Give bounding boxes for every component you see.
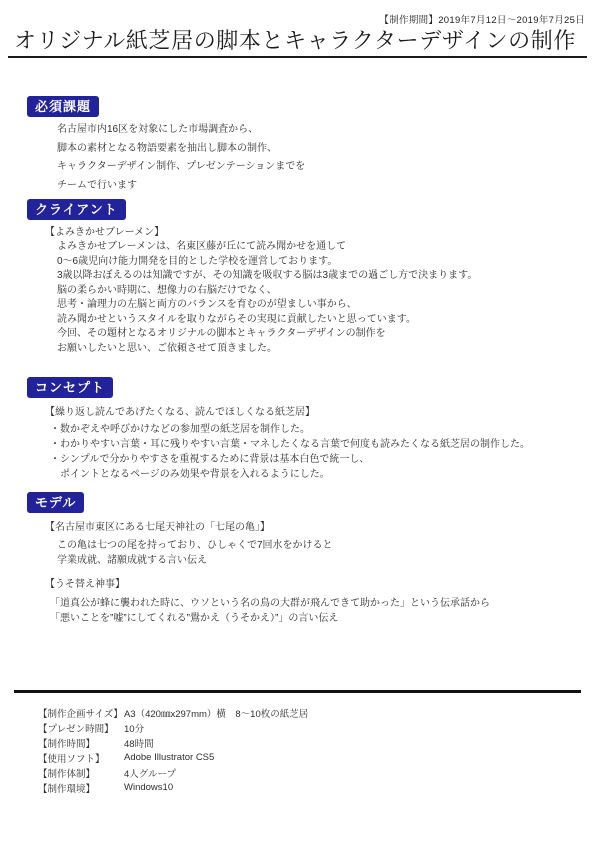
section-concept-body: ・数かぞえや呼びかけなどの参加型の紙芝居を制作した。 ・わかりやすい言葉・耳に残… (50, 422, 530, 482)
section-model-usokae-body: 「道真公が蜂に襲われた時に、ウソという名の鳥の大群が飛んできて助かった」という伝… (50, 596, 490, 626)
spec-label: 【制作体制】 (38, 766, 124, 780)
spec-row: 【制作時間】 48時間 (38, 735, 308, 750)
spec-table: 【制作企画サイズ】 A3（420㎜x297mm）横 8～10枚の紙芝居 【プレゼ… (38, 705, 308, 795)
text-line: 脚本の素材となる物語要素を抽出し脚本の制作、 (57, 140, 305, 159)
spec-row: 【使用ソフト】 Adobe Illustrator CS5 (38, 750, 308, 765)
text-line: 0～6歳児向け能力開発を目的とした学校を運営しております。 (57, 255, 477, 270)
spec-value: A3（420㎜x297mm）横 8～10枚の紙芝居 (124, 706, 308, 720)
spec-value: 4人グループ (124, 766, 176, 780)
page-title: オリジナル紙芝居の脚本とキャラクターデザインの制作 (8, 28, 587, 54)
spec-value: Adobe Illustrator CS5 (124, 752, 214, 763)
section-client-body: よみきかせブレーメンは、名東区藤が丘にて読み聞かせを通して 0～6歳児向け能力開… (57, 240, 477, 356)
spec-value: Windows10 (124, 782, 173, 793)
spec-label: 【プレゼン時間】 (38, 721, 124, 735)
document-page: 【制作期間】2019年7月12日～2019年7月25日 オリジナル紙芝居の脚本と… (0, 0, 595, 842)
spec-row: 【制作環境】 Windows10 (38, 780, 308, 795)
text-line: 思考・論理力の左脳と両方のバランスを育むのが望ましい事から、 (57, 298, 477, 313)
text-line: 名古屋市内16区を対象にした市場調査から、 (57, 121, 305, 140)
bullet-line: ・わかりやすい言葉・耳に残りやすい言葉・マネしたくなる言葉で何度も読みたくなる紙… (50, 437, 530, 452)
text-line: 脳の柔らかい時期に、想像力の右脳だけでなく、 (57, 284, 477, 299)
section-badge-client: クライアント (27, 199, 126, 220)
title-underline: オリジナル紙芝居の脚本とキャラクターデザインの制作 (8, 28, 587, 58)
spec-label: 【制作時間】 (38, 736, 124, 750)
model-heading-usokae: 【うそ替え神事】 (45, 578, 125, 592)
bullet-line: ・シンプルで分かりやすさを重視するために背景は基本白色で統一し、 (50, 452, 530, 467)
section-required-task-body: 名古屋市内16区を対象にした市場調査から、 脚本の素材となる物語要素を抽出し脚本… (57, 121, 305, 195)
text-line: 「悪いことを”嘘”にしてくれる”鷽かえ（うそかえ）”」の言い伝え (50, 611, 490, 626)
bullet-line: ポイントとなるページのみ効果や背景を入れるようにした。 (50, 467, 530, 482)
spec-value: 10分 (124, 721, 144, 735)
spec-label: 【制作企画サイズ】 (38, 706, 124, 720)
section-model-turtle-body: この亀は七つの尾を持っており、ひしゃくで7回水をかけると 学業成就、諸願成就する… (57, 538, 333, 568)
section-badge-required-task: 必須課題 (27, 96, 99, 117)
text-line: チームで行います (57, 177, 305, 196)
spec-row: 【プレゼン時間】 10分 (38, 720, 308, 735)
text-line: 学業成就、諸願成就する言い伝え (57, 553, 333, 568)
spec-divider-rule (14, 690, 581, 693)
spec-label: 【制作環境】 (38, 781, 124, 795)
model-heading-turtle: 【名古屋市東区にある七尾天神社の「七尾の亀」】 (45, 521, 270, 535)
spec-row: 【制作企画サイズ】 A3（420㎜x297mm）横 8～10枚の紙芝居 (38, 705, 308, 720)
text-line: よみきかせブレーメンは、名東区藤が丘にて読み聞かせを通して (57, 240, 477, 255)
bullet-line: ・数かぞえや呼びかけなどの参加型の紙芝居を制作した。 (50, 422, 530, 437)
text-line: 「道真公が蜂に襲われた時に、ウソという名の鳥の大群が飛んできて助かった」という伝… (50, 596, 490, 611)
spec-label: 【使用ソフト】 (38, 751, 124, 765)
concept-heading: 【繰り返し読んであげたくなる、読んでほしくなる紙芝居】 (45, 406, 315, 420)
spec-row: 【制作体制】 4人グループ (38, 765, 308, 780)
text-line: お願いしたいと思い、ご依頼させて頂きました。 (57, 342, 477, 357)
section-badge-model: モデル (27, 492, 84, 513)
text-line: 読み聞かせというスタイルを取りながらその実現に貢献したいと思っています。 (57, 313, 477, 328)
client-heading: 【よみきかせブレーメン】 (45, 226, 164, 240)
section-badge-concept: コンセプト (27, 377, 113, 398)
text-line: 3歳以降おぼえるのは知識ですが、その知識を吸収する脳は3歳までの過ごし方で決まり… (57, 269, 477, 284)
spec-value: 48時間 (124, 736, 154, 750)
text-line: キャラクターデザイン制作、プレゼンテーションまでを (57, 158, 305, 177)
text-line: 今回、その題材となるオリジナルの脚本とキャラクターデザインの制作を (57, 327, 477, 342)
text-line: この亀は七つの尾を持っており、ひしゃくで7回水をかけると (57, 538, 333, 553)
production-period: 【制作期間】2019年7月12日～2019年7月25日 (379, 12, 585, 26)
